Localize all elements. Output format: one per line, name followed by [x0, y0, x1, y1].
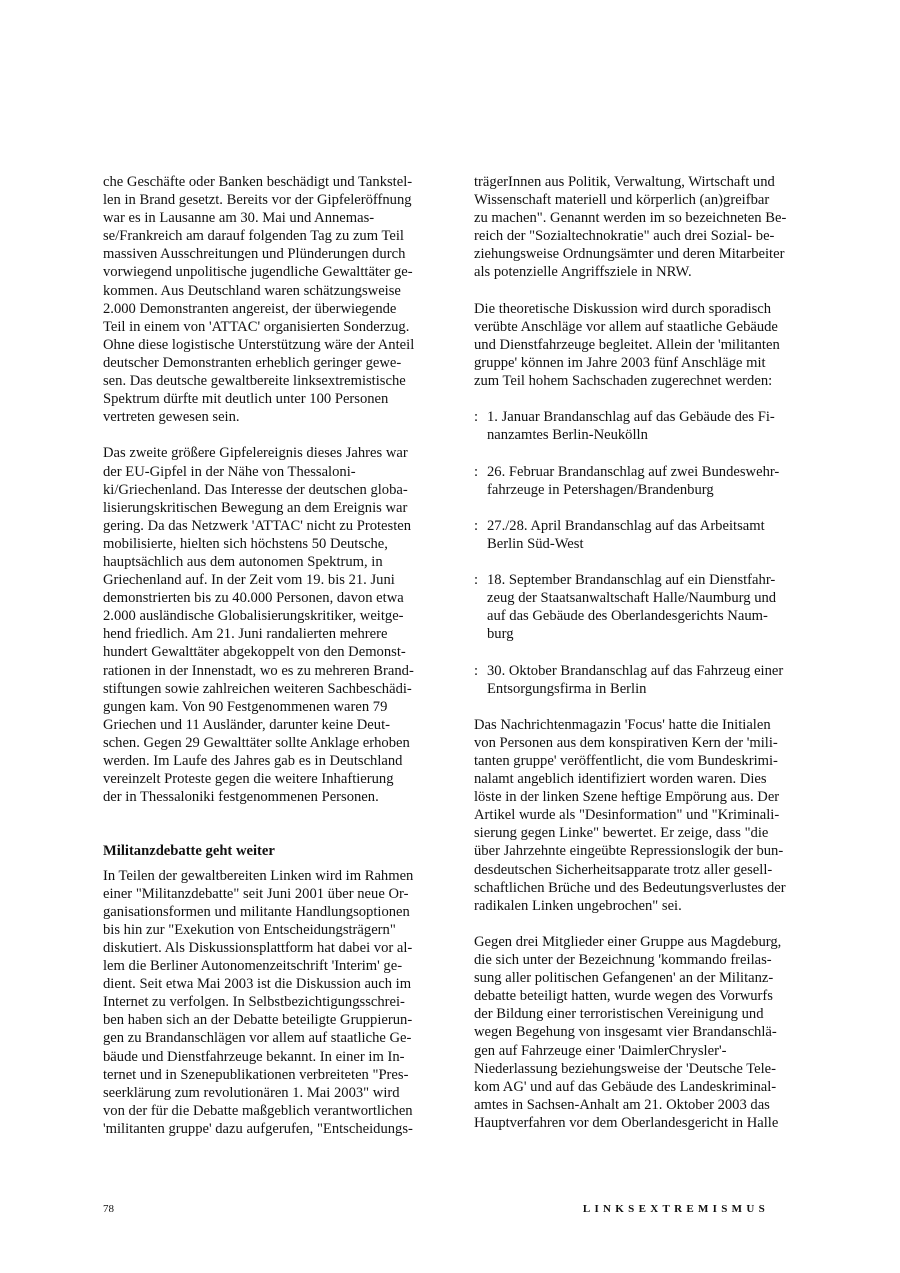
paragraph-attacks-intro: Die theoretische Diskussion wird durch s…: [474, 300, 814, 390]
text-line: Spektrum dürfte mit deutlich unter 100 P…: [103, 390, 443, 408]
paragraph-summit-lausanne: che Geschäfte oder Banken beschädigt und…: [103, 173, 443, 426]
text-line: vertreten gewesen sein.: [103, 408, 443, 426]
text-line: desdeutschen Sicherheitsapparate trotz a…: [474, 861, 814, 879]
text-line: hend friedlich. Am 21. Juni randalierten…: [103, 625, 443, 643]
text-line: werden. Im Laufe des Jahres gab es in De…: [103, 752, 443, 770]
text-line: Ohne diese logistische Unterstützung wär…: [103, 336, 443, 354]
text-line: Wissenschaft materiell und körperlich (a…: [474, 191, 814, 209]
text-line: von Personen aus dem konspirativen Kern …: [474, 734, 814, 752]
text-line: gruppe' können im Jahre 2003 fünf Anschl…: [474, 354, 814, 372]
text-line: Das Nachrichtenmagazin 'Focus' hatte die…: [474, 716, 814, 734]
text-line: löste in der linken Szene heftige Empöru…: [474, 788, 814, 806]
list-item-text: auf das Gebäude des Oberlandesgerichts N…: [487, 608, 768, 624]
text-line: Teil in einem von 'ATTAC' organisierten …: [103, 318, 443, 336]
list-item-text: 18. September Brandanschlag auf ein Dien…: [487, 572, 775, 588]
text-line: 2.000 Demonstranten angereist, der überw…: [103, 300, 443, 318]
text-line: ternet und in Szenepublikationen verbrei…: [103, 1066, 443, 1084]
text-line: zu machen". Genannt werden im so bezeich…: [474, 209, 814, 227]
list-item: :1. Januar Brandanschlag auf das Gebäude…: [474, 408, 814, 444]
page-number: 78: [103, 1203, 114, 1215]
text-line: Das zweite größere Gipfelereignis dieses…: [103, 444, 443, 462]
list-item-text: 1. Januar Brandanschlag auf das Gebäude …: [487, 409, 775, 425]
text-line: :30. Oktober Brandanschlag auf das Fahrz…: [474, 662, 814, 680]
text-line: Gegen drei Mitglieder einer Gruppe aus M…: [474, 933, 814, 951]
text-line: auf das Gebäude des Oberlandesgerichts N…: [474, 607, 814, 625]
text-line: :26. Februar Brandanschlag auf zwei Bund…: [474, 463, 814, 481]
text-line: ben haben sich an der Debatte beteiligte…: [103, 1011, 443, 1029]
text-line: war es in Lausanne am 30. Mai und Annema…: [103, 209, 443, 227]
text-line: bäude und Dienstfahrzeuge bekannt. In ei…: [103, 1048, 443, 1066]
paragraph-focus: Das Nachrichtenmagazin 'Focus' hatte die…: [474, 716, 814, 915]
list-item: :18. September Brandanschlag auf ein Die…: [474, 571, 814, 643]
bullet-marker: :: [474, 571, 478, 589]
text-line: radikalen Linken ungebrochen" sei.: [474, 897, 814, 915]
text-line: nanzamtes Berlin-Neukölln: [474, 426, 814, 444]
text-line: amtes in Sachsen-Anhalt am 21. Oktober 2…: [474, 1096, 814, 1114]
paragraph-gap: [474, 698, 814, 716]
text-line: von der für die Debatte maßgeblich veran…: [103, 1102, 443, 1120]
paragraph-magdeburg: Gegen drei Mitglieder einer Gruppe aus M…: [474, 933, 814, 1132]
list-item: :27./28. April Brandanschlag auf das Arb…: [474, 517, 814, 553]
text-line: ki/Griechenland. Das Interesse der deuts…: [103, 481, 443, 499]
text-line: stiftungen sowie zahlreichen weiteren Sa…: [103, 680, 443, 698]
text-line: se/Frankreich am darauf folgenden Tag zu…: [103, 227, 443, 245]
paragraph-summit-thessaloniki: Das zweite größere Gipfelereignis dieses…: [103, 444, 443, 806]
bullet-marker: :: [474, 463, 478, 481]
text-line: Berlin Süd-West: [474, 535, 814, 553]
text-line: Griechen und 11 Ausländer, darunter kein…: [103, 716, 443, 734]
text-line: schen. Gegen 29 Gewalttäter sollte Ankla…: [103, 734, 443, 752]
text-line: wegen Begehung von insgesamt vier Branda…: [474, 1023, 814, 1041]
text-line: dient. Seit etwa Mai 2003 ist die Diskus…: [103, 975, 443, 993]
text-line: Artikel wurde als "Desinformation" und "…: [474, 806, 814, 824]
text-line: über Jahrzehnte eingeübte Repressionslog…: [474, 842, 814, 860]
text-line: Niederlassung beziehungsweise der 'Deuts…: [474, 1060, 814, 1078]
text-line: als potenzielle Angriffsziele in NRW.: [474, 263, 814, 281]
paragraph-gap: [103, 806, 443, 824]
text-line: zum Teil hohem Sachschaden zugerechnet w…: [474, 372, 814, 390]
text-line: und Dienstfahrzeuge begleitet. Allein de…: [474, 336, 814, 354]
text-line: ziehungsweise Ordnungsämter und deren Mi…: [474, 245, 814, 263]
text-line: sung aller politischen Gefangenen' an de…: [474, 969, 814, 987]
text-line: hundert Gewalttäter abgekoppelt von den …: [103, 643, 443, 661]
text-line: fahrzeuge in Petershagen/Brandenburg: [474, 481, 814, 499]
paragraph-militanzdebatte: In Teilen der gewaltbereiten Linken wird…: [103, 867, 443, 1138]
paragraph-gap: [103, 426, 443, 444]
text-line: vereinzelt Proteste gegen die weitere In…: [103, 770, 443, 788]
text-line: In Teilen der gewaltbereiten Linken wird…: [103, 867, 443, 885]
paragraph-gap: [474, 282, 814, 300]
text-line: 2.000 ausländische Globalisierungskritik…: [103, 607, 443, 625]
text-line: sierung gegen Linke" bewertet. Er zeige,…: [474, 824, 814, 842]
text-line: debatte beteiligt hatten, wurde wegen de…: [474, 987, 814, 1005]
list-item-text: Entsorgungsfirma in Berlin: [487, 681, 646, 697]
text-line: der Bildung einer terroristischen Verein…: [474, 1005, 814, 1023]
bullet-marker: :: [474, 408, 478, 426]
text-line: schaftlichen Brüche und des Bedeutungsve…: [474, 879, 814, 897]
attack-list: :1. Januar Brandanschlag auf das Gebäude…: [474, 408, 814, 698]
text-line: reich der "Sozialtechnokratie" auch drei…: [474, 227, 814, 245]
text-line: Griechenland auf. In der Zeit vom 19. bi…: [103, 571, 443, 589]
list-gap: [474, 444, 814, 462]
text-line: Internet zu verfolgen. In Selbstbezichti…: [103, 993, 443, 1011]
text-line: der in Thessaloniki festgenommenen Perso…: [103, 788, 443, 806]
text-line: :1. Januar Brandanschlag auf das Gebäude…: [474, 408, 814, 426]
text-line: der EU-Gipfel in der Nähe von Thessaloni…: [103, 463, 443, 481]
bullet-marker: :: [474, 517, 478, 535]
text-line: gering. Da das Netzwerk 'ATTAC' nicht zu…: [103, 517, 443, 535]
list-item-text: 26. Februar Brandanschlag auf zwei Bunde…: [487, 464, 779, 480]
text-line: Entsorgungsfirma in Berlin: [474, 680, 814, 698]
text-line: kom AG' und auf das Gebäude des Landeskr…: [474, 1078, 814, 1096]
text-line: zeug der Staatsanwaltschaft Halle/Naumbu…: [474, 589, 814, 607]
list-gap: [474, 499, 814, 517]
text-line: hauptsächlich aus dem autonomen Spektrum…: [103, 553, 443, 571]
list-item-text: Berlin Süd-West: [487, 536, 584, 552]
right-column: trägerInnen aus Politik, Verwaltung, Wir…: [474, 173, 814, 1132]
text-line: die sich unter der Bezeichnung 'kommando…: [474, 951, 814, 969]
list-item-text: fahrzeuge in Petershagen/Brandenburg: [487, 482, 714, 498]
text-line: kommen. Aus Deutschland waren schätzungs…: [103, 282, 443, 300]
text-line: nalamt angeblich identifiziert worden wa…: [474, 770, 814, 788]
list-item-text: 27./28. April Brandanschlag auf das Arbe…: [487, 518, 765, 534]
bullet-marker: :: [474, 662, 478, 680]
text-line: mobilisierte, hielten sich höchstens 50 …: [103, 535, 443, 553]
text-line: demonstrierten bis zu 40.000 Personen, d…: [103, 589, 443, 607]
list-gap: [474, 553, 814, 571]
list-item-text: zeug der Staatsanwaltschaft Halle/Naumbu…: [487, 590, 776, 606]
running-title: LINKSEXTREMISMUS: [583, 1203, 769, 1215]
text-line: einer "Militanzdebatte" seit Juni 2001 ü…: [103, 885, 443, 903]
text-line: trägerInnen aus Politik, Verwaltung, Wir…: [474, 173, 814, 191]
list-item-text: burg: [487, 626, 514, 642]
list-gap: [474, 643, 814, 661]
text-line: ganisationsformen und militante Handlung…: [103, 903, 443, 921]
text-line: gungen kam. Von 90 Festgenommenen waren …: [103, 698, 443, 716]
list-item-text: nanzamtes Berlin-Neukölln: [487, 427, 648, 443]
left-column: che Geschäfte oder Banken beschädigt und…: [103, 173, 443, 1138]
list-item: :26. Februar Brandanschlag auf zwei Bund…: [474, 463, 814, 499]
text-line: Hauptverfahren vor dem Oberlandesgericht…: [474, 1114, 814, 1132]
section-heading: Militanzdebatte geht weiter: [103, 842, 443, 860]
text-line: lisierungskritischen Bewegung an dem Ere…: [103, 499, 443, 517]
paragraph-gap: [474, 915, 814, 933]
text-line: burg: [474, 625, 814, 643]
text-line: bis hin zur "Exekution von Entscheidungs…: [103, 921, 443, 939]
text-line: diskutiert. Als Diskussionsplattform hat…: [103, 939, 443, 957]
text-line: Die theoretische Diskussion wird durch s…: [474, 300, 814, 318]
text-line: :27./28. April Brandanschlag auf das Arb…: [474, 517, 814, 535]
text-line: verübte Anschläge vor allem auf staatlic…: [474, 318, 814, 336]
text-line: :18. September Brandanschlag auf ein Die…: [474, 571, 814, 589]
text-line: tanten gruppe' veröffentlicht, die vom B…: [474, 752, 814, 770]
list-item-text: 30. Oktober Brandanschlag auf das Fahrze…: [487, 663, 783, 679]
text-line: vorwiegend unpolitische jugendliche Gewa…: [103, 263, 443, 281]
text-line: seerklärung zum revolutionären 1. Mai 20…: [103, 1084, 443, 1102]
text-line: 'militanten gruppe' dazu aufgerufen, "En…: [103, 1120, 443, 1138]
paragraph-continuation: trägerInnen aus Politik, Verwaltung, Wir…: [474, 173, 814, 282]
text-line: deutscher Demonstranten erheblich gering…: [103, 354, 443, 372]
text-line: sen. Das deutsche gewaltbereite linksext…: [103, 372, 443, 390]
text-line: len in Brand gesetzt. Bereits vor der Gi…: [103, 191, 443, 209]
text-line: massiven Ausschreitungen und Plünderunge…: [103, 245, 443, 263]
text-line: lem die Berliner Autonomenzeitschrift 'I…: [103, 957, 443, 975]
paragraph-gap: [103, 824, 443, 842]
text-line: gen zu Brandanschlägen vor allem auf sta…: [103, 1029, 443, 1047]
text-line: che Geschäfte oder Banken beschädigt und…: [103, 173, 443, 191]
list-item: :30. Oktober Brandanschlag auf das Fahrz…: [474, 662, 814, 698]
document-page: che Geschäfte oder Banken beschädigt und…: [0, 0, 900, 1273]
text-line: rationen in der Innenstadt, wo es zu meh…: [103, 662, 443, 680]
text-line: gen auf Fahrzeuge einer 'DaimlerChrysler…: [474, 1042, 814, 1060]
paragraph-gap: [474, 390, 814, 408]
